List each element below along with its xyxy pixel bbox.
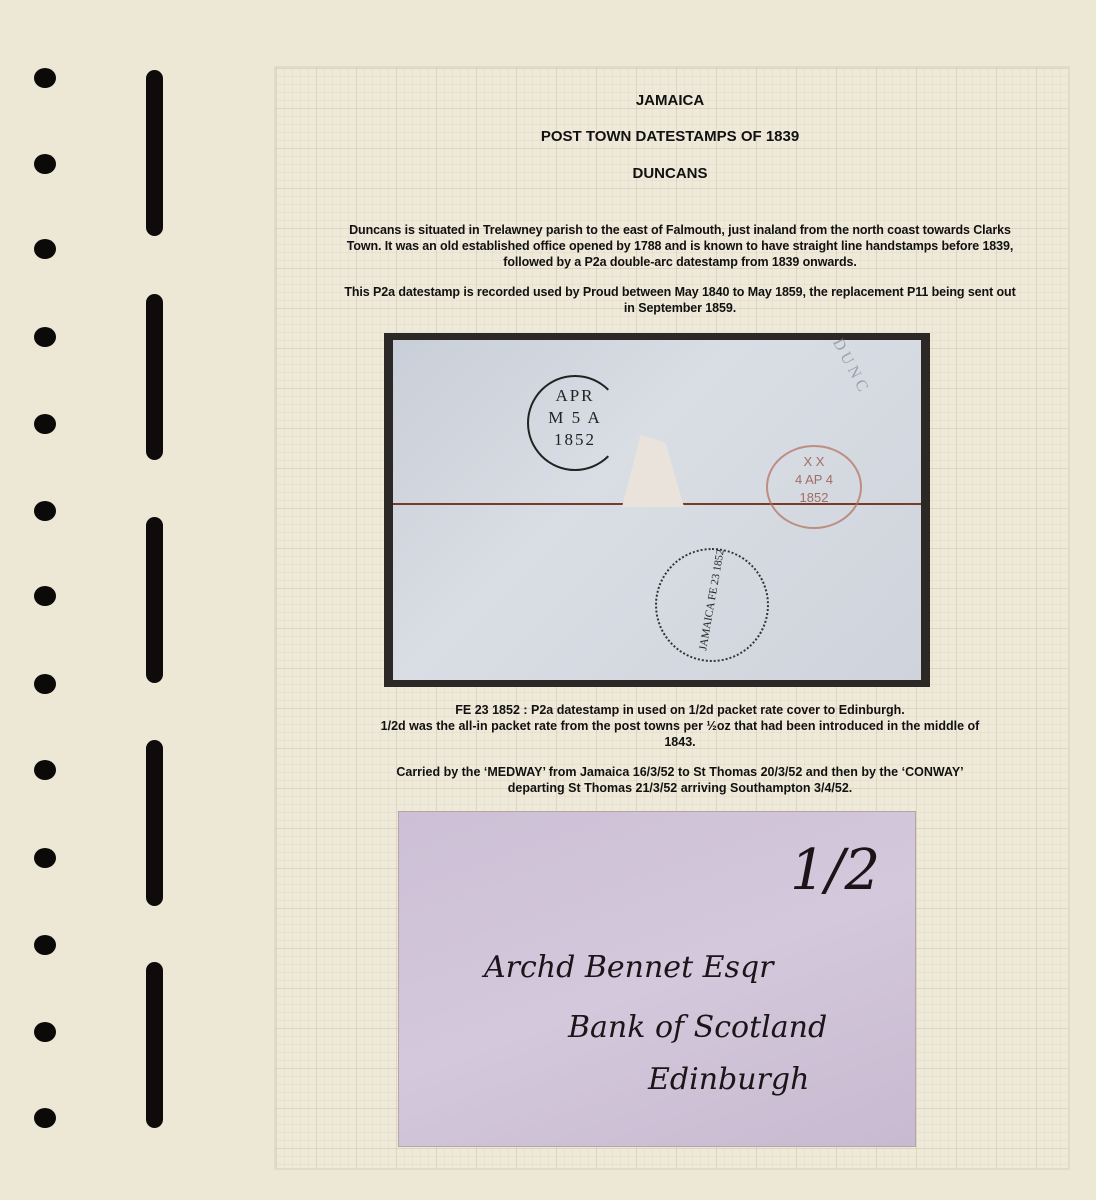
stamp-line: 1852 bbox=[768, 489, 860, 507]
binder-hole bbox=[34, 586, 56, 606]
binder-hole bbox=[34, 935, 56, 955]
address-line: Archd Bennet Esqr bbox=[484, 950, 774, 985]
binder-slot bbox=[146, 962, 163, 1128]
section-title: DUNCANS bbox=[274, 165, 1066, 182]
caption-line: FE 23 1852 : P2a datestamp in used on 1/… bbox=[380, 702, 980, 718]
binder-slot bbox=[146, 294, 163, 460]
binder-slot bbox=[146, 740, 163, 906]
arrival-datestamp: APR M 5 A 1852 bbox=[527, 375, 623, 471]
binder-hole bbox=[34, 327, 56, 347]
binder-hole bbox=[34, 1108, 56, 1128]
binder-hole bbox=[34, 760, 56, 780]
stamp-line: X X bbox=[768, 453, 860, 471]
rate-mark: 1/2 bbox=[790, 838, 880, 903]
intro-paragraph: Duncans is situated in Trelawney parish … bbox=[344, 222, 1016, 270]
proud-note: This P2a datestamp is recorded used by P… bbox=[344, 284, 1016, 316]
address-line: Edinburgh bbox=[648, 1062, 809, 1097]
binder-hole bbox=[34, 848, 56, 868]
stamp-line: JAMAICA FE 23 1852 bbox=[697, 545, 728, 655]
caption-line: Carried by the ‘MEDWAY’ from Jamaica 16/… bbox=[380, 764, 980, 796]
page-subtitle: POST TOWN DATESTAMPS OF 1839 bbox=[274, 128, 1066, 145]
red-transit-datestamp: X X 4 AP 4 1852 bbox=[766, 445, 862, 529]
jamaica-datestamp: JAMAICA FE 23 1852 bbox=[655, 548, 769, 662]
binder-hole bbox=[34, 414, 56, 434]
binder-slot bbox=[146, 70, 163, 236]
binder-hole bbox=[34, 674, 56, 694]
binder-hole bbox=[34, 239, 56, 259]
stamp-line: APR bbox=[529, 385, 621, 407]
binder-hole bbox=[34, 68, 56, 88]
binder-hole bbox=[34, 1022, 56, 1042]
caption-line: 1/2d was the all-in packet rate from the… bbox=[380, 718, 980, 750]
stamp-line: 1852 bbox=[529, 429, 621, 451]
binder-hole bbox=[34, 154, 56, 174]
binder-slot bbox=[146, 517, 163, 683]
binder-hole bbox=[34, 501, 56, 521]
page-title: JAMAICA bbox=[274, 92, 1066, 109]
address-line: Bank of Scotland bbox=[568, 1010, 827, 1045]
stamp-line: 4 AP 4 bbox=[768, 471, 860, 489]
stamp-line: M 5 A bbox=[529, 407, 621, 429]
